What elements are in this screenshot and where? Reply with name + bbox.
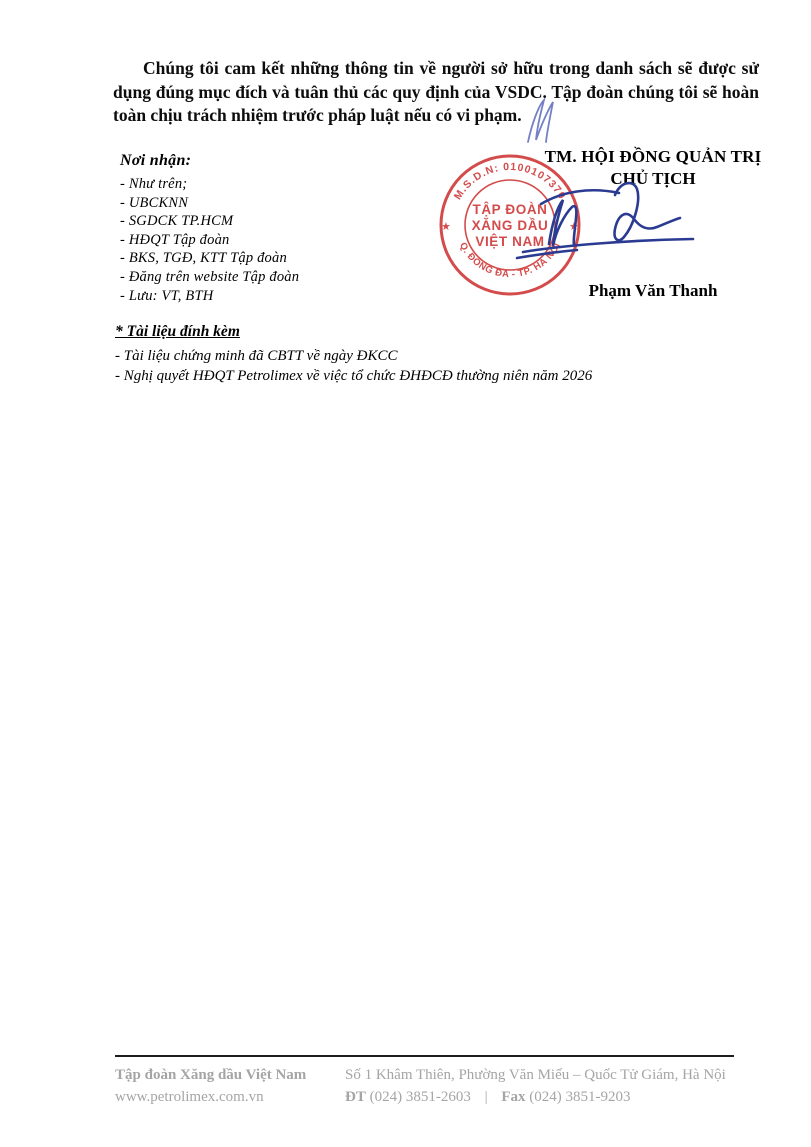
attachments-heading: * Tài liệu đính kèm [115, 322, 592, 342]
document-page: Chúng tôi cam kết những thông tin về ngư… [0, 0, 811, 1147]
recipient-item: - Đăng trên website Tập đoàn [120, 268, 299, 287]
footer-phone-label: ĐT [345, 1089, 366, 1105]
recipients-heading: Nơi nhận: [120, 152, 299, 170]
footer-contacts: ĐT (024) 3851-2603 | Fax (024) 3851-9203 [345, 1086, 734, 1108]
recipient-item: - BKS, TGĐ, KTT Tập đoàn [120, 249, 299, 268]
attachments-section: * Tài liệu đính kèm - Tài liệu chứng min… [115, 322, 592, 386]
commitment-paragraph: Chúng tôi cam kết những thông tin về ngư… [113, 57, 759, 128]
attachment-item: - Tài liệu chứng minh đã CBTT về ngày ĐK… [115, 346, 592, 366]
recipient-item: - SGDCK TP.HCM [120, 212, 299, 231]
stamp-star-left: ★ [441, 221, 451, 233]
page-footer: Tập đoàn Xăng dầu Việt Nam www.petrolime… [115, 1055, 734, 1108]
footer-separator: | [485, 1089, 488, 1105]
handwritten-signature [505, 178, 705, 268]
recipients-section: Nơi nhận: - Như trên; - UBCKNN - SGDCK T… [120, 152, 299, 305]
footer-company-name: Tập đoàn Xăng dầu Việt Nam [115, 1064, 345, 1086]
footer-fax-label: Fax [501, 1089, 525, 1105]
initial-paraph-mark [519, 95, 565, 149]
footer-website: www.petrolimex.com.vn [115, 1086, 345, 1108]
recipient-item: - Như trên; [120, 175, 299, 194]
footer-address: Số 1 Khâm Thiên, Phường Văn Miếu – Quốc … [345, 1064, 734, 1086]
footer-phone-number: (024) 3851-2603 [370, 1089, 471, 1105]
recipient-item: - UBCKNN [120, 194, 299, 213]
attachment-item: - Nghị quyết HĐQT Petrolimex về việc tổ … [115, 366, 592, 386]
recipient-item: - Lưu: VT, BTH [120, 287, 299, 306]
footer-fax-number: (024) 3851-9203 [529, 1089, 630, 1105]
recipient-item: - HĐQT Tập đoàn [120, 231, 299, 250]
